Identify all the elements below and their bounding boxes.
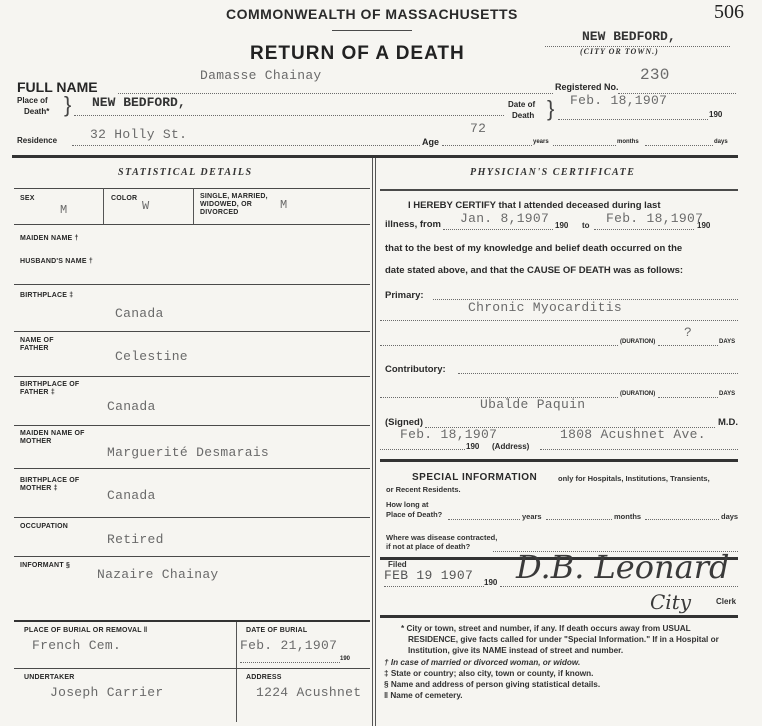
burial-date-value: Feb. 21,1907: [240, 638, 337, 653]
illness-from-value: Jan. 8,1907: [460, 211, 549, 226]
primary-line-2: [380, 320, 738, 321]
rule: [14, 376, 370, 377]
how-long-months-line: [546, 519, 612, 520]
marital-status-label: SINGLE, MARRIED, WIDOWED, OR DIVORCED: [200, 193, 280, 217]
footnote-5: ‖ Name of cemetery.: [384, 690, 740, 701]
how-long-label: How long at: [386, 500, 429, 509]
rule: [14, 668, 370, 669]
special-info-subheading-2: or Recent Residents.: [386, 485, 461, 494]
physician-certificate-heading: PHYSICIAN'S CERTIFICATE: [470, 167, 635, 178]
contributory-label: Contributory:: [385, 364, 446, 375]
suffix-190: 190: [466, 442, 479, 451]
days-line: [645, 145, 713, 146]
days-label: DAYS: [719, 391, 735, 397]
footnote-4: § Name and address of person giving stat…: [384, 679, 740, 690]
suffix-190: 190: [697, 221, 710, 230]
cell-divider: [236, 622, 237, 722]
center-divider-2: [375, 158, 376, 726]
illness-from-line: [443, 229, 553, 230]
father-birthplace-value: Canada: [107, 399, 156, 414]
filed-line: [384, 586, 484, 587]
date-suffix: 190: [709, 110, 722, 119]
registered-label: Registered No.: [555, 82, 619, 92]
years-label: years: [522, 512, 542, 521]
signed-date-line: [380, 449, 465, 450]
address-label: (Address): [492, 442, 529, 451]
primary-duration-value: ?: [684, 325, 692, 340]
rule: [380, 459, 738, 462]
how-long-label-2: Place of Death?: [386, 510, 442, 519]
contributory-line: [458, 373, 738, 374]
clerk-signature: D.B. Leonard: [516, 548, 729, 586]
rule: [14, 517, 370, 518]
mother-birthplace-label: BIRTHPLACE OF MOTHER ‡: [20, 477, 90, 493]
clerk-signature-line: [500, 586, 738, 587]
primary-label: Primary:: [385, 290, 424, 301]
duration-label: (DURATION): [620, 391, 655, 397]
header-rule: [332, 30, 412, 31]
brace-icon: }: [547, 98, 554, 120]
marital-status-value: M: [280, 198, 288, 212]
date-of-death-label-2: Death: [512, 111, 534, 120]
occupation-value: Retired: [107, 532, 164, 547]
residence-line: [72, 145, 420, 146]
duration-label: (DURATION): [620, 339, 655, 345]
date-of-death-value: Feb. 18,1907: [570, 93, 667, 108]
sex-label: SEX: [20, 195, 35, 203]
footnote-3: ‡ State or country; also city, town or c…: [384, 668, 740, 679]
where-contracted-label: Where was disease contracted,: [386, 533, 497, 542]
certify-line: I HEREBY CERTIFY that I attended decease…: [408, 200, 661, 211]
rule: [14, 620, 370, 622]
filed-stamp: FEB 19 1907: [384, 568, 473, 583]
full-name-value: Damasse Chainay: [200, 68, 322, 83]
special-info-subheading: only for Hospitals, Institutions, Transi…: [558, 474, 710, 483]
primary-cause-value: Chronic Myocarditis: [468, 300, 622, 315]
full-name-label: FULL NAME: [17, 79, 98, 95]
full-name-line: [118, 93, 553, 94]
duration-value-line: [658, 345, 718, 346]
registered-value: 230: [640, 66, 670, 84]
rule: [380, 189, 738, 191]
date-of-death-label: Date of: [508, 100, 535, 109]
sex-value: M: [60, 203, 68, 217]
months-label: months: [614, 512, 641, 521]
cell-divider: [103, 188, 104, 224]
page-number: 506: [714, 1, 744, 24]
rule: [380, 615, 738, 618]
place-of-death-label: Place of: [17, 96, 48, 105]
undertaker-address-label: ADDRESS: [246, 674, 282, 682]
undertaker-value: Joseph Carrier: [50, 685, 163, 700]
rule: [14, 556, 370, 557]
residence-label: Residence: [17, 136, 57, 145]
address-line: [540, 449, 738, 450]
birthplace-value: Canada: [115, 306, 164, 321]
clerk-title-handwritten: City: [650, 590, 691, 614]
rule: [14, 425, 370, 426]
duration-line: [380, 345, 618, 346]
to-label: to: [582, 221, 590, 230]
husbands-name-label: HUSBAND'S NAME †: [20, 258, 93, 266]
father-name-label: NAME OF FATHER: [20, 337, 80, 353]
suffix-190: 190: [555, 221, 568, 230]
occupation-label: OCCUPATION: [20, 523, 68, 531]
clerk-label: Clerk: [716, 597, 736, 606]
father-name-value: Celestine: [115, 349, 188, 364]
statistical-details-heading: STATISTICAL DETAILS: [118, 167, 253, 178]
mother-maiden-name-value: Marguerité Desmarais: [107, 445, 269, 460]
days-label: days: [721, 512, 738, 521]
burial-date-label: DATE OF BURIAL: [246, 627, 307, 635]
days-label: days: [714, 139, 728, 145]
years-label: years: [533, 139, 549, 145]
undertaker-label: UNDERTAKER: [24, 674, 74, 682]
burial-date-suffix: 190: [340, 656, 350, 662]
footnote-2: † In case of married or divorced woman, …: [384, 657, 740, 668]
date-of-death-line: [558, 119, 708, 120]
illness-to-line: [594, 229, 694, 230]
rule: [14, 468, 370, 469]
burial-date-line: [240, 662, 340, 663]
color-label: COLOR: [111, 195, 137, 203]
center-divider: [372, 158, 373, 726]
illness-from-label: illness, from: [385, 219, 441, 230]
cell-divider: [193, 188, 194, 224]
place-of-death-line: [74, 115, 504, 116]
birthplace-label: BIRTHPLACE ‡: [20, 292, 73, 300]
physician-name-value: Ubalde Paquin: [480, 397, 585, 412]
color-value: W: [142, 199, 150, 213]
certify-line-3: date stated above, and that the CAUSE OF…: [385, 265, 683, 276]
brace-icon: }: [64, 94, 71, 116]
mother-maiden-name-label: MAIDEN NAME OF MOTHER: [20, 430, 90, 446]
footnote-1: * City or town, street and number, if an…: [384, 623, 740, 656]
rule: [14, 284, 370, 285]
duration-value-line: [658, 397, 718, 398]
place-of-death-label-2: Death*: [24, 107, 49, 116]
father-birthplace-label: BIRTHPLACE OF FATHER ‡: [20, 381, 80, 397]
rule: [14, 331, 370, 332]
certify-line-2: that to the best of my knowledge and bel…: [385, 243, 682, 254]
burial-place-value: French Cem.: [32, 638, 121, 653]
rule: [14, 188, 370, 189]
rule: [14, 224, 370, 225]
age-line: [442, 145, 532, 146]
how-long-years-line: [448, 519, 520, 520]
document-title: RETURN OF A DEATH: [250, 43, 465, 65]
days-label: DAYS: [719, 339, 735, 345]
informant-value: Nazaire Chainay: [97, 567, 219, 582]
suffix-190: 190: [484, 578, 497, 587]
months-line: [553, 145, 616, 146]
signed-date-value: Feb. 18,1907: [400, 427, 497, 442]
city-label: (CITY OR TOWN.): [580, 47, 659, 56]
age-value: 72: [470, 121, 486, 136]
mother-birthplace-value: Canada: [107, 488, 156, 503]
special-info-heading: SPECIAL INFORMATION: [412, 472, 537, 483]
months-label: months: [617, 139, 639, 145]
residence-value: 32 Holly St.: [90, 127, 187, 142]
md-label: M.D.: [718, 417, 738, 428]
commonwealth-heading: COMMONWEALTH OF MASSACHUSETTS: [226, 6, 518, 22]
informant-label: INFORMANT §: [20, 562, 70, 570]
burial-place-label: PLACE OF BURIAL OR REMOVAL ‖: [24, 627, 147, 635]
how-long-days-line: [645, 519, 719, 520]
city-value: NEW BEDFORD,: [582, 29, 676, 44]
undertaker-address-value: 1224 Acushnet: [256, 685, 361, 700]
age-label: Age: [422, 137, 439, 147]
maiden-name-label: MAIDEN NAME †: [20, 235, 79, 243]
illness-to-value: Feb. 18,1907: [606, 211, 703, 226]
where-contracted-label-2: if not at place of death?: [386, 542, 470, 551]
physician-address-value: 1808 Acushnet Ave.: [560, 427, 706, 442]
place-of-death-value: NEW BEDFORD,: [92, 95, 186, 110]
